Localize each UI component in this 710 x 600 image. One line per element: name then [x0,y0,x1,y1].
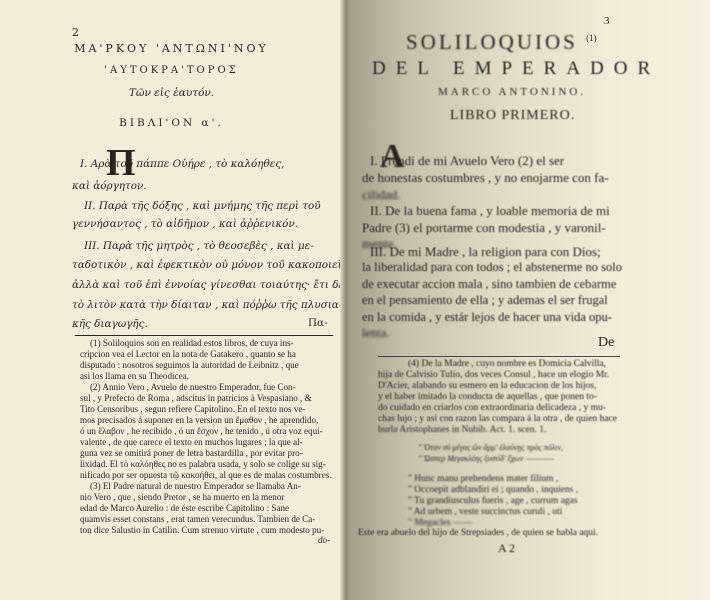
footnote-line: cripcion vea el Lector en la nota de Gat… [80,349,296,359]
footnote-line: chas lujo ; y asi con razon las compara … [378,414,617,424]
title-note-ref: (1) [586,33,597,43]
footnote-line: sul , y Prefecto de Roma , adscitus in p… [80,393,312,403]
footnote-line: asi los llama en su Theodicea. [80,371,189,381]
footnote-line: D'Acier, alabando su esmero en la educac… [378,381,596,391]
footnote-rule [378,356,620,357]
footnote-line: quamvis esset constans , erat tamen vere… [80,514,315,524]
footnote-line: (3) El Padre natural de nuestro Emperado… [90,481,301,491]
footnote-line: Tito Censoribus , segun refiere Capitoli… [80,404,305,414]
footnote-line: do cuidado en criarlos con extraordinari… [378,403,606,413]
text-line: III. Παρὰ τῆς μητρὸς , τὸ θεοσεβὲς , καὶ… [84,240,314,252]
text-line: ταδοτικὸν , καὶ ἐφεκτικὸν οὐ μόνον τοῦ κ… [72,259,351,271]
latin-verse-line: " Ad urbem , veste succinctus curuli , u… [408,507,562,517]
latin-verse-line: " Megacles —— [408,518,472,528]
catchword: Πα- [308,317,328,329]
text-line: κῆς διαγωγῆς. [72,318,148,330]
text-line: ἀλλὰ καὶ τοῦ ἐπὶ ἐννοίας γίνεσθαι τοιαύτ… [72,279,344,291]
greek-title-line-1: ΜΑ'ΡΚΟΥ 'ΑΝΤΩΝΙ'ΝΟΥ [0,42,343,55]
text-line: en el pensamiento de ella ; y ademas el … [362,293,608,308]
latin-verse-line: " Tu grandiusculus fueris , age , currum… [408,496,578,506]
closing-line: Este era abuelo del hijo de Strepsiades … [358,528,598,538]
left-page: 2 ΜΑ'ΡΚΟΥ 'ΑΝΤΩΝΙ'ΝΟΥ 'ΑΥΤΟΚΡΑ'ΤΟΡΟΣ Τῶν… [0,0,343,600]
footnote-line: (4) De la Madre , cuyo nombre es Domicia… [408,359,606,369]
book-heading: LIBRO PRIMERO. [450,108,575,124]
footnote-line: lixidad. El τὸ καλόηθες no es palabra us… [80,459,326,469]
greek-verse-line: " Ὥσπερ Μεγακλέης ξυστίδ' ἔχων ———— [418,454,554,463]
text-line: τὸ λιτὸν κατὰ τὴν δίαιταν , καὶ πόῤῥω τῆ… [72,299,342,311]
footnote-line: valente , de que carece el texto en much… [80,437,303,447]
main-title: SOLILOQUIOS [406,30,578,55]
footnote-line: y el haber imitado la conducta de aquell… [378,392,597,402]
footnote-rule [75,335,333,336]
text-line: II. Παρὰ τῆς δόξης , καὶ μνήμης τῆς περὶ… [84,200,321,212]
footnote-line: nio Vero , que , siendo Pretor , se ha m… [80,492,284,502]
footnote-line: edad de Marco Aurelio : de éste escribe … [80,503,289,513]
greek-verse-line: " Ὅταν σὺ μέγας ὢν ἅρμ' ἐλαύνῃς πρὸς πόλ… [418,443,563,452]
main-title-line-1: SOLILOQUIOS (1) [406,30,597,55]
footnote-line: guna vez se omitirá poner de letra basta… [80,448,303,458]
text-line: lenta. [362,326,389,341]
book-heading: ΒΙΒΛΙ'ΟΝ α'. [0,117,343,129]
text-line: I. Prendi de mi Avuelo Vero (2) el ser [370,153,564,169]
greek-title-line-2: 'ΑΥΤΟΚΡΑ'ΤΟΡΟΣ [0,65,343,76]
footnote-line: nificado por ser opuesta τῷ κακοήθει, al… [80,470,332,480]
text-line: en la comida , y estár lejos de hacer un… [362,310,612,325]
text-line: καὶ ἀόργητον. [72,180,147,192]
text-line: la liberalidad para con todos ; el abste… [362,260,622,275]
text-line: Padre (3) el portarme con modestia , y v… [362,220,606,236]
text-line: III. De mi Madre , la religion para con … [370,244,601,260]
footnote-line: ó un ἔλαβον , he recibido , ó un ἔσχον ,… [80,426,323,436]
book-spread: 2 ΜΑ'ΡΚΟΥ 'ΑΝΤΩΝΙ'ΝΟΥ 'ΑΥΤΟΚΡΑ'ΤΟΡΟΣ Τῶν… [0,0,710,600]
footnote-line: (2) Annio Vero , Avuelo de nuestro Emper… [90,382,296,392]
signature-mark: A 2 [498,541,515,556]
greek-subtitle: Τῶν εἰς ἑαυτόν. [0,87,343,99]
text-line: I. Αρὰ τοῦ πάππε Οὐήρε , τὸ καλόηθες, [80,158,284,170]
footnote-line: disputado : nosotros seguimos la autorid… [80,360,299,370]
text-line: cilidad. [362,187,401,203]
latin-verse-line: " Hunc manu prehendens mater filium , [408,474,558,484]
footnote-line: mos precisados á suponer en la version u… [80,415,318,425]
main-title-line-3: MARCO ANTONINO. [438,86,586,98]
footnote-catchword: do- [318,535,330,545]
main-title-line-2: DEL EMPERADOR [372,58,660,80]
text-line: γεννήσαντος , τὸ αἰδῆμον , καὶ ἀῤῥενικόν… [72,218,298,230]
latin-verse-line: " Occoepit adblandiri ei ; quando , inqu… [408,485,578,495]
page-number: 2 [72,26,79,39]
footnote-line: burla Aristophanes in Nubib. Act. 1. sce… [378,425,546,435]
footnote-line: hija de Calvisio Tulio, dos veces Consul… [378,370,609,380]
footnote-line: (1) Soliloquios son en realidad estos li… [90,338,294,348]
book-gutter [340,0,350,600]
catchword: De [598,335,614,351]
text-line: de honestas costumbres , y no enojarme c… [362,170,609,186]
footnote-line: ton dice Salustio in Catilin. Cum strenu… [80,525,324,535]
text-line: de executar accion mala , sino tambien d… [362,277,616,292]
right-page: 3 SOLILOQUIOS (1) DEL EMPERADOR MARCO AN… [348,0,710,600]
page-number: 3 [604,15,610,27]
text-line: II. De la buena fama , y loable memoria … [370,203,610,219]
